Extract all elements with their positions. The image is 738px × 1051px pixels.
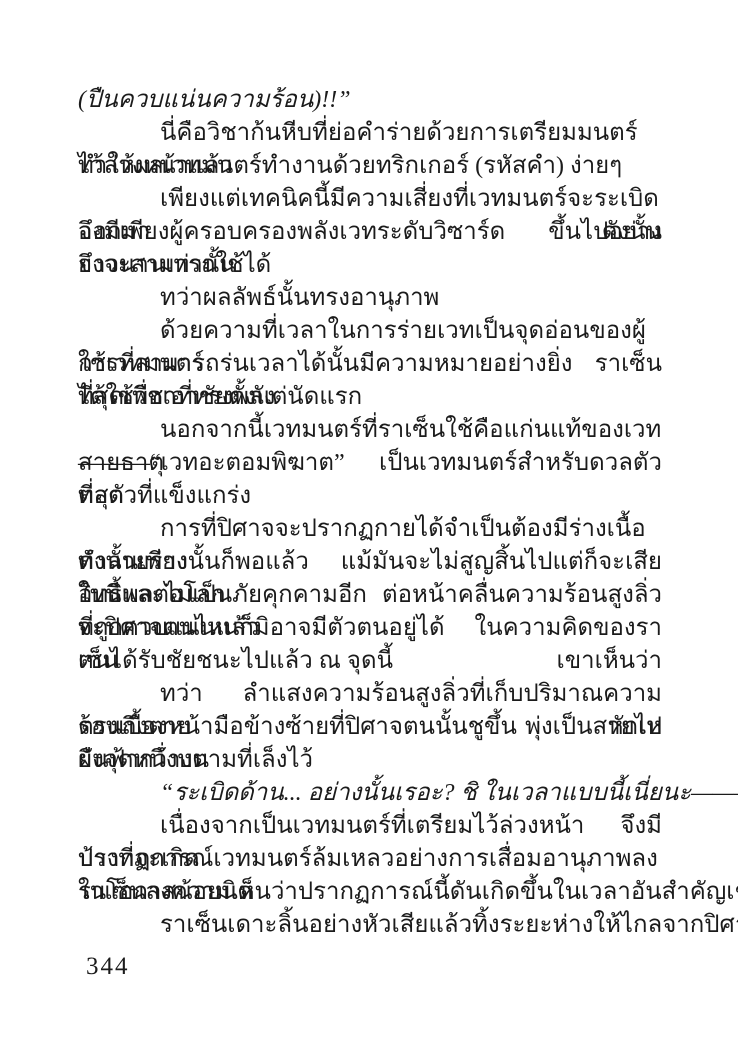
text-line: ปรากฏการณ์เวทมนตร์ล้มเหลวอย่างการเสื่อมอ… bbox=[78, 843, 662, 876]
text-line: เนื่องจากเป็นเวทมนตร์ที่เตรียมไว้ล่วงหน้… bbox=[78, 810, 662, 843]
text-line: ทำให้ผลเวทมนตร์ทำงานด้วยทริกเกอร์ (รหัสค… bbox=[78, 150, 662, 183]
text-line: (ปืนควบแน่นความร้อน)!!” bbox=[78, 84, 662, 117]
text-line: จึงจะสามารถใช้ได้ bbox=[78, 249, 662, 282]
text-line: ใบนี้และไม่เป็นภัยคุกคามอีก ต่อหน้าคลื่น… bbox=[78, 579, 662, 612]
text-line: ที่สุดเพื่อเอาชัยตั้งแต่นัดแรก bbox=[78, 381, 662, 414]
text-line: การที่สามารถร่นเวลาได้นั้นมีความหมายอย่า… bbox=[78, 348, 662, 381]
text-line: ด้วยความที่เวลาในการร่ายเวทเป็นจุดอ่อนขอ… bbox=[78, 315, 662, 348]
text-line: การที่ปิศาจจะปรากฏกายได้จำเป็นต้องมีร่าง… bbox=[78, 513, 662, 546]
page-number: 344 bbox=[86, 950, 130, 983]
book-page: (ปืนควบแน่นความร้อน)!!”นี่คือวิชาก้นหีบท… bbox=[0, 0, 738, 1051]
text-line: นอกจากนี้เวทมนตร์ที่ราเซ็นใช้คือแก่นแท้ข… bbox=[78, 414, 662, 447]
text-line: ราเซ็นลงความเห็นว่าปรากฏการณ์นี้ดันเกิดข… bbox=[78, 876, 662, 909]
text-line: จึงมีเพียงผู้ครอบครองพลังเวทระดับวิซาร์ด… bbox=[78, 216, 662, 249]
text-line: ทว่าผลลัพธ์นั้นทรงอานุภาพ bbox=[78, 282, 662, 315]
text-line: ราเซ็นเดาะลิ้นอย่างหัวเสียแล้วทิ้งระยะห่… bbox=[78, 909, 662, 942]
text-line: ผืนฟ้ากว้างตามที่เล็งไว้ bbox=[78, 744, 662, 777]
text-line: ตรงเบื้องหน้ามือข้างซ้ายที่ปิศาจตนนั้นชู… bbox=[78, 711, 662, 744]
text-line: ทำลายร่างนั้นก็พอแล้ว แม้มันจะไม่สูญสิ้น… bbox=[78, 546, 662, 579]
text-line: จะปิศาจตนไหนก็มิอาจมีตัวตนอยู่ได้ ในความ… bbox=[78, 612, 662, 645]
text-line: ทว่า ลำแสงความร้อนสูงลิ่วที่เก็บปริมาณคว… bbox=[78, 678, 662, 711]
text-line: “ระเบิดด้าน... อย่างนั้นเรอะ? ชิ ในเวลาแ… bbox=[78, 777, 662, 810]
text-line: ———“เวทอะตอมพิฆาต” เป็นเวทมนตร์สำหรับดวล… bbox=[78, 447, 662, 480]
text-line: เพียงแต่เทคนิคนี้มีความเสี่ยงที่เวทมนตร์… bbox=[78, 183, 662, 216]
text-lines: (ปืนควบแน่นความร้อน)!!”นี่คือวิชาก้นหีบท… bbox=[78, 84, 662, 942]
text-line: นี่คือวิชาก้นหีบที่ย่อคำร่ายด้วยการเตรีย… bbox=[78, 117, 662, 150]
